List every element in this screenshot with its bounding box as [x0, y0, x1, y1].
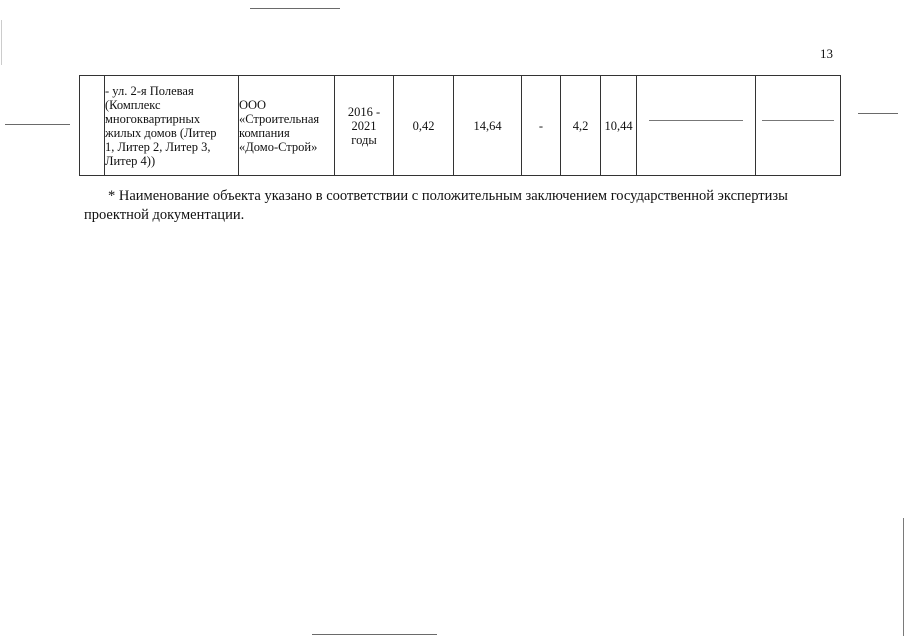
years-line: годы: [335, 133, 393, 147]
scan-artifact-left-edge: [1, 20, 2, 65]
cell-object-name: - ул. 2-я Полевая (Комплекс многоквартир…: [105, 76, 239, 176]
scan-artifact-left-line: [5, 124, 70, 125]
table-row: - ул. 2-я Полевая (Комплекс многоквартир…: [80, 76, 841, 176]
developer-line: ООО: [239, 98, 334, 112]
footnote: * Наименование объекта указано в соответ…: [84, 187, 844, 225]
object-line: жилых домов (Литер: [105, 126, 238, 140]
object-line: - ул. 2-я Полевая: [105, 84, 238, 98]
years-line: 2021: [335, 119, 393, 133]
scan-artifact-right-line: [858, 113, 898, 114]
empty-cell-dash: [649, 120, 743, 121]
scan-artifact-right-edge: [903, 518, 904, 636]
footnote-line-1: * Наименование объекта указано в соответ…: [84, 187, 844, 206]
page-number: 13: [820, 46, 833, 62]
scan-artifact-bottom-line: [312, 634, 437, 635]
cell-extra-2: [756, 76, 841, 176]
empty-cell-dash: [762, 120, 834, 121]
cell-value-4: 4,2: [561, 76, 601, 176]
cell-developer: ООО «Строительная компания «Домо-Строй»: [239, 76, 335, 176]
years-line: 2016 -: [335, 105, 393, 119]
developer-line: «Домо-Строй»: [239, 140, 334, 154]
cell-years: 2016 - 2021 годы: [335, 76, 394, 176]
object-line: Литер 4)): [105, 154, 238, 168]
object-line: 1, Литер 2, Литер 3,: [105, 140, 238, 154]
cell-value-1: 0,42: [394, 76, 454, 176]
footnote-line-2: проектной документации.: [84, 206, 844, 225]
cell-value-5: 10,44: [601, 76, 637, 176]
cell-extra-1: [637, 76, 756, 176]
object-table: - ул. 2-я Полевая (Комплекс многоквартир…: [79, 75, 841, 176]
developer-line: «Строительная: [239, 112, 334, 126]
cell-value-3: -: [522, 76, 561, 176]
object-line: многоквартирных: [105, 112, 238, 126]
developer-line: компания: [239, 126, 334, 140]
scan-artifact-top-line: [250, 8, 340, 9]
cell-row-number: [80, 76, 105, 176]
cell-value-2: 14,64: [454, 76, 522, 176]
object-line: (Комплекс: [105, 98, 238, 112]
